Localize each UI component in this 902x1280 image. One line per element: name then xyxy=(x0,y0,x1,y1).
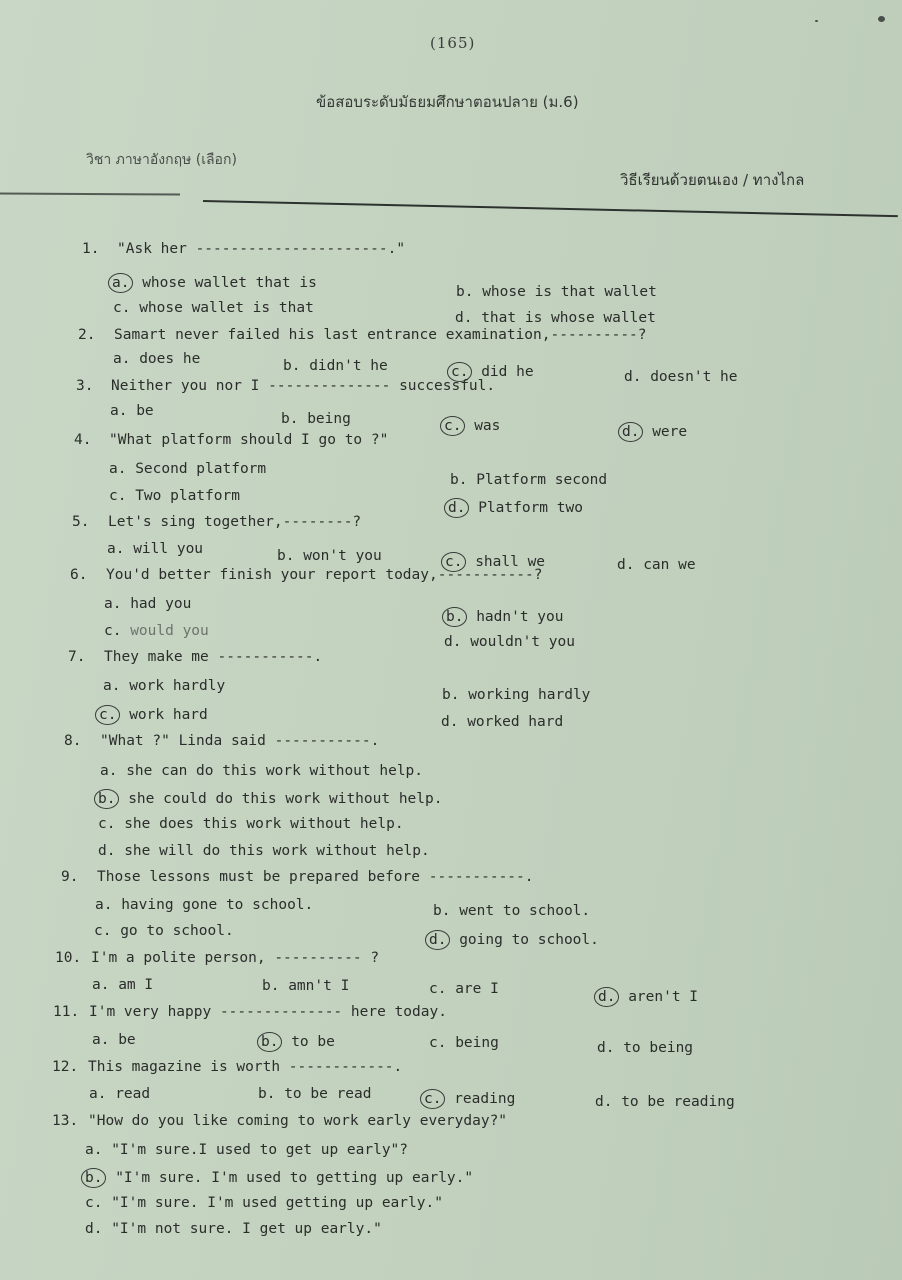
option-text: went to school. xyxy=(450,903,590,919)
answer-option: c. Two platform xyxy=(109,488,240,504)
answer-option: d. doesn't he xyxy=(624,369,738,385)
option-label: d. xyxy=(98,843,115,859)
answer-option: a. Second platform xyxy=(109,461,266,477)
answer-option: b. hadn't you xyxy=(446,607,564,627)
answer-option: b. being xyxy=(281,411,351,427)
option-label: c. xyxy=(109,488,126,504)
question-number: 4. xyxy=(74,432,91,448)
answer-option: d. worked hard xyxy=(441,714,563,730)
question-text: They make me -----------. xyxy=(104,649,322,665)
answer-option: b. to be xyxy=(261,1032,335,1052)
circled-option-label: d. xyxy=(618,422,643,442)
option-text: being xyxy=(298,411,350,427)
answer-option: b. amn't I xyxy=(262,978,349,994)
option-label: d. xyxy=(455,310,472,326)
answer-option: d. "I'm not sure. I get up early." xyxy=(85,1221,382,1237)
circled-option-label: d. xyxy=(425,930,450,950)
answer-option: a. whose wallet that is xyxy=(112,273,317,293)
question-number: 10. xyxy=(55,950,81,966)
option-text: be xyxy=(109,1032,135,1048)
option-text: "I'm not sure. I get up early." xyxy=(102,1221,381,1237)
answer-option: c. she does this work without help. xyxy=(98,816,404,832)
question-number: 3. xyxy=(76,378,93,394)
option-label: d. xyxy=(85,1221,102,1237)
option-text: hadn't you xyxy=(467,609,563,625)
question-text: Samart never failed his last entrance ex… xyxy=(114,327,647,343)
option-text: to being xyxy=(614,1040,693,1056)
option-text: she could do this work without help. xyxy=(119,791,442,807)
answer-option: c. go to school. xyxy=(94,923,234,939)
answer-option: b. she could do this work without help. xyxy=(98,789,442,809)
paper-speck xyxy=(815,20,818,22)
option-text: whose is that wallet xyxy=(473,284,656,300)
header-rule-right xyxy=(203,200,898,217)
answer-option: b. Platform second xyxy=(450,472,607,488)
option-text: am I xyxy=(109,977,153,993)
answer-option: d. can we xyxy=(617,557,696,573)
answer-option: c. are I xyxy=(429,981,499,997)
question-number: 13. xyxy=(52,1113,78,1129)
option-text: Second platform xyxy=(126,461,266,477)
answer-option: b. working hardly xyxy=(442,687,590,703)
option-label: d. xyxy=(597,1040,614,1056)
option-label: a. xyxy=(92,1032,109,1048)
answer-option: b. whose is that wallet xyxy=(456,284,657,300)
question-text: I'm a polite person, ---------- ? xyxy=(91,950,379,966)
answer-option: a. be xyxy=(110,403,154,419)
question-text: This magazine is worth ------------. xyxy=(88,1059,402,1075)
option-text: be xyxy=(127,403,153,419)
option-label: c. xyxy=(104,623,121,639)
option-label: c. xyxy=(85,1195,102,1211)
option-text: whose wallet is that xyxy=(130,300,313,316)
option-text: does he xyxy=(130,351,200,367)
paper-speck xyxy=(878,16,885,22)
option-text: can we xyxy=(634,557,695,573)
circled-option-label: c. xyxy=(420,1089,445,1109)
option-label: c. xyxy=(98,816,115,832)
answer-option: d. that is whose wallet xyxy=(455,310,656,326)
circled-option-label: a. xyxy=(108,273,133,293)
question-text: "What platform should I go to ?" xyxy=(109,432,388,448)
option-text: "I'm sure.I used to get up early"? xyxy=(102,1142,408,1158)
option-label: c. xyxy=(429,981,446,997)
question-number: 8. xyxy=(64,733,81,749)
option-label: a. xyxy=(103,678,120,694)
question-text: "What ?" Linda said -----------. xyxy=(100,733,379,749)
option-text: read xyxy=(106,1086,150,1102)
option-text: going to school. xyxy=(450,932,598,948)
answer-option: a. had you xyxy=(104,596,191,612)
option-text: work hardly xyxy=(120,678,225,694)
option-text: she can do this work without help. xyxy=(117,763,423,779)
answer-option: b. "I'm sure. I'm used to getting up ear… xyxy=(85,1168,473,1188)
answer-option: a. having gone to school. xyxy=(95,897,313,913)
option-text: was xyxy=(465,418,500,434)
option-label: a. xyxy=(113,351,130,367)
answer-option: d. going to school. xyxy=(429,930,599,950)
answer-option: c. work hard xyxy=(99,705,208,725)
circled-option-label: c. xyxy=(440,416,465,436)
answer-option: a. does he xyxy=(113,351,200,367)
option-text: working hardly xyxy=(459,687,590,703)
answer-option: a. will you xyxy=(107,541,203,557)
option-text: "I'm sure. I'm used getting up early." xyxy=(102,1195,442,1211)
answer-option: c. was xyxy=(444,416,500,436)
option-label: b. xyxy=(456,284,473,300)
option-label: c. xyxy=(113,300,130,316)
circled-option-label: b. xyxy=(257,1032,282,1052)
answer-option: c. "I'm sure. I'm used getting up early.… xyxy=(85,1195,443,1211)
option-text: Two platform xyxy=(126,488,240,504)
option-text: are I xyxy=(446,981,498,997)
option-label: b. xyxy=(450,472,467,488)
answer-option: a. she can do this work without help. xyxy=(100,763,423,779)
option-text: having gone to school. xyxy=(112,897,313,913)
answer-option: b. to be read xyxy=(258,1086,372,1102)
option-label: b. xyxy=(281,411,298,427)
question-text: "Ask her ----------------------." xyxy=(117,241,405,257)
option-text: that is whose wallet xyxy=(472,310,655,326)
circled-option-label: d. xyxy=(444,498,469,518)
option-text: whose wallet that is xyxy=(133,275,316,291)
option-text: to be read xyxy=(275,1086,371,1102)
answer-option: c. whose wallet is that xyxy=(113,300,314,316)
option-label: d. xyxy=(444,634,461,650)
option-label: b. xyxy=(442,687,459,703)
option-label: a. xyxy=(109,461,126,477)
option-text: work hard xyxy=(120,707,207,723)
page-number: (165) xyxy=(430,34,475,52)
option-text: she will do this work without help. xyxy=(115,843,429,859)
option-label: d. xyxy=(595,1094,612,1110)
answer-option: b. went to school. xyxy=(433,903,590,919)
option-label: a. xyxy=(100,763,117,779)
option-text: to be xyxy=(282,1034,334,1050)
option-text: being xyxy=(446,1035,498,1051)
option-label: d. xyxy=(624,369,641,385)
answer-option: b. won't you xyxy=(277,548,382,564)
option-text: "I'm sure. I'm used to getting up early.… xyxy=(106,1170,473,1186)
option-label: c. xyxy=(94,923,111,939)
question-number: 2. xyxy=(78,327,95,343)
option-label: a. xyxy=(110,403,127,419)
answer-option: c. reading xyxy=(424,1089,515,1109)
option-label: b. xyxy=(277,548,294,564)
subject-label: วิชา ภาษาอังกฤษ (เลือก) xyxy=(86,149,237,171)
answer-option: a. am I xyxy=(92,977,153,993)
question-text: Let's sing together,--------? xyxy=(108,514,361,530)
answer-option: d. to be reading xyxy=(595,1094,735,1110)
answer-option: d. Platform two xyxy=(448,498,583,518)
study-method-label: วิธีเรียนด้วยตนเอง / ทางไกล xyxy=(620,168,804,192)
circled-option-label: b. xyxy=(81,1168,106,1188)
option-text: wouldn't you xyxy=(461,634,575,650)
option-label: d. xyxy=(617,557,634,573)
question-text: I'm very happy -------------- here today… xyxy=(89,1004,447,1020)
option-label: c. xyxy=(429,1035,446,1051)
answer-option: d. were xyxy=(622,422,687,442)
option-label: a. xyxy=(89,1086,106,1102)
answer-option: d. aren't I xyxy=(598,987,698,1007)
question-number: 5. xyxy=(72,514,89,530)
option-text: go to school. xyxy=(111,923,233,939)
option-text: will you xyxy=(124,541,203,557)
option-text: reading xyxy=(445,1091,515,1107)
answer-option: a. read xyxy=(89,1086,150,1102)
circled-option-label: c. xyxy=(95,705,120,725)
question-number: 9. xyxy=(61,869,78,885)
question-number: 12. xyxy=(52,1059,78,1075)
answer-option: c. being xyxy=(429,1035,499,1051)
option-text: were xyxy=(643,424,687,440)
question-text: You'd better finish your report today,--… xyxy=(106,567,543,583)
answer-option: c. would you xyxy=(104,623,209,639)
option-text: she does this work without help. xyxy=(115,816,403,832)
option-label: b. xyxy=(433,903,450,919)
question-number: 11. xyxy=(53,1004,79,1020)
option-text: won't you xyxy=(294,548,381,564)
option-text: Platform two xyxy=(469,500,583,516)
option-label: a. xyxy=(104,596,121,612)
answer-option: d. she will do this work without help. xyxy=(98,843,430,859)
option-label: b. xyxy=(258,1086,275,1102)
option-label: b. xyxy=(262,978,279,994)
answer-option: a. be xyxy=(92,1032,136,1048)
option-text: doesn't he xyxy=(641,369,737,385)
option-text: had you xyxy=(121,596,191,612)
option-text: worked hard xyxy=(458,714,563,730)
question-number: 7. xyxy=(68,649,85,665)
option-text: amn't I xyxy=(279,978,349,994)
answer-option: a. "I'm sure.I used to get up early"? xyxy=(85,1142,408,1158)
question-text: Neither you nor I -------------- success… xyxy=(111,378,495,394)
question-text: "How do you like coming to work early ev… xyxy=(88,1113,507,1129)
circled-option-label: d. xyxy=(594,987,619,1007)
answer-option: d. to being xyxy=(597,1040,693,1056)
question-text: Those lessons must be prepared before --… xyxy=(97,869,534,885)
exam-title: ข้อสอบระดับมัธยมศึกษาตอนปลาย (ม.6) xyxy=(316,90,579,114)
option-text: Platform second xyxy=(467,472,607,488)
option-label: d. xyxy=(441,714,458,730)
option-text: would you xyxy=(121,623,208,639)
option-label: a. xyxy=(107,541,124,557)
circled-option-label: b. xyxy=(94,789,119,809)
answer-option: b. didn't he xyxy=(283,358,388,374)
header-rule-left xyxy=(0,193,180,196)
question-number: 1. xyxy=(82,241,99,257)
question-number: 6. xyxy=(70,567,87,583)
answer-option: d. wouldn't you xyxy=(444,634,575,650)
answer-option: a. work hardly xyxy=(103,678,225,694)
option-text: to be reading xyxy=(612,1094,734,1110)
option-label: a. xyxy=(92,977,109,993)
option-label: b. xyxy=(283,358,300,374)
option-text: aren't I xyxy=(619,989,698,1005)
option-label: a. xyxy=(95,897,112,913)
circled-option-label: b. xyxy=(442,607,467,627)
option-label: a. xyxy=(85,1142,102,1158)
option-text: didn't he xyxy=(300,358,387,374)
